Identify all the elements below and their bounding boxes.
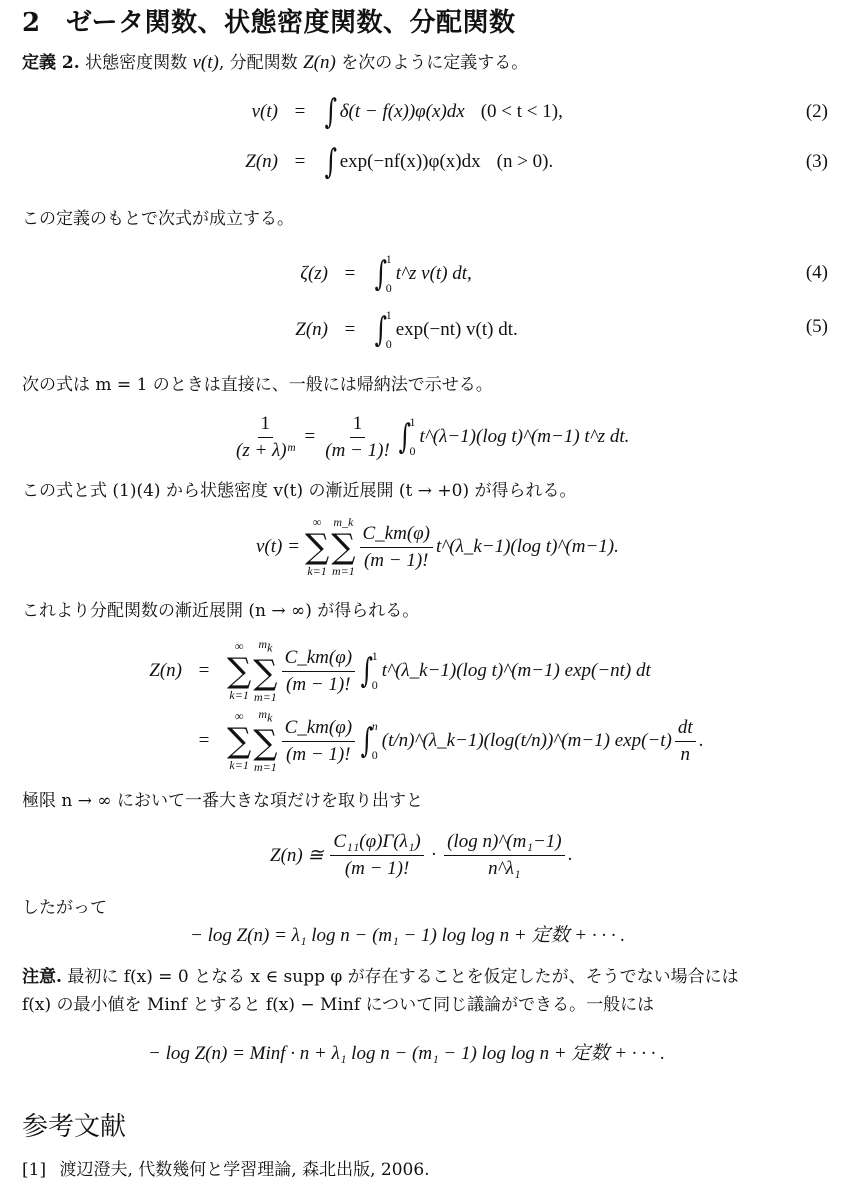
summation: mk∑m=1	[253, 707, 277, 774]
eq-integrand: exp(−nt) v(t) dt.	[396, 319, 518, 341]
numerator: C₁₁(φ)Γ(λ₁)	[330, 831, 423, 856]
fraction: 1(m − 1)!	[322, 413, 393, 462]
remark-label: 注意.	[22, 967, 62, 987]
integral-sign: ∫	[375, 257, 387, 291]
fraction: C_km(φ)(m − 1)!	[282, 717, 356, 766]
summation: m_k∑m=1	[331, 515, 355, 579]
numerator: C_km(φ)	[360, 523, 434, 548]
eq-relation: =	[182, 660, 226, 682]
denominator: (z + λ)ᵐ	[233, 438, 298, 462]
numerator: 1	[350, 413, 366, 438]
summation: ∞∑k=1	[305, 515, 329, 579]
reference-key: [1]	[22, 1160, 46, 1180]
section-number: 2	[22, 8, 66, 38]
sum-lower: m=1	[332, 564, 355, 579]
eq-relation: =	[182, 730, 226, 752]
sum-lower: k=1	[307, 564, 326, 579]
numerator: dt	[675, 717, 696, 742]
Z-expansion-line-1: Z(n) = ∞∑k=1 mk∑m=1 C_km(φ)(m − 1)! ∫ 10…	[120, 632, 651, 710]
paragraph: この式と式 (1)(4) から状態密度 v(t) の漸近展開 (t → +0) …	[22, 476, 577, 501]
denominator: (m − 1)!	[322, 438, 393, 462]
equation-5: Z(n) = ∫ 10 exp(−nt) v(t) dt.	[250, 300, 810, 360]
eq-lhs: v(t)	[200, 101, 278, 123]
integral-sign: ∫	[398, 420, 410, 454]
eq-integrand: (t/n)^(λ_k−1)(log(t/n))^(m−1) exp(−t)	[382, 730, 672, 752]
v-expansion-formula: v(t) = ∞∑k=1 m_k∑m=1 C_km(φ)(m − 1)! t^(…	[256, 508, 619, 586]
references-heading: 参考文献	[22, 1106, 126, 1143]
summation: mk∑m=1	[253, 637, 277, 704]
section-title: ゼータ関数、状態密度関数、分配関数	[66, 8, 515, 38]
integral-sign: ∫	[361, 654, 373, 688]
remark-line-2: f(x) の最小値を Minf とすると f(x) − Minf について同じ議…	[22, 990, 654, 1015]
equation-number: (4)	[806, 262, 828, 284]
definition-label: 定義 2.	[22, 53, 80, 73]
fraction: (log n)^(m₁−1)n^λ₁	[444, 831, 565, 880]
eq-integrand: t^z v(t) dt,	[396, 263, 472, 285]
math-v-t: v(t)	[192, 52, 218, 73]
definition-statement: 定義 2. 状態密度関数 v(t), 分配関数 Z(n) を次のように定義する。	[22, 48, 528, 74]
fraction: dtn	[675, 717, 696, 766]
eq-integrand: exp(−nf(x))φ(x)dx	[340, 151, 481, 173]
equation-number: (5)	[806, 316, 828, 338]
neglog-formula: − log Z(n) = λ₁ log n − (m₁ − 1) log log…	[190, 920, 625, 947]
dot-operator: ·	[431, 844, 437, 866]
remark-text: 最初に f(x) = 0 となる x ∈ supp φ が存在することを仮定した…	[67, 967, 738, 987]
eq-relation: =	[328, 319, 372, 341]
eq-integrand: t^(λ−1)(log t)^(m−1) t^z dt.	[420, 426, 630, 448]
period: .	[699, 730, 704, 752]
denominator: (m − 1)!	[283, 742, 354, 766]
fraction: 1(z + λ)ᵐ	[233, 413, 298, 462]
paragraph: したがって	[22, 893, 107, 918]
denominator: n	[678, 742, 694, 766]
paragraph: この定義のもとで次式が成立する。	[22, 204, 294, 229]
eq-condition: (n > 0).	[497, 151, 554, 173]
denominator: (m − 1)!	[342, 856, 413, 880]
Z-leading-term-formula: Z(n) ≅ C₁₁(φ)Γ(λ₁)(m − 1)! · (log n)^(m₁…	[270, 820, 572, 890]
equation-number: (3)	[806, 151, 828, 173]
eq-lhs: Z(n)	[120, 660, 182, 682]
Z-expansion-line-2: = ∞∑k=1 mk∑m=1 C_km(φ)(m − 1)! ∫ n0 (t/n…	[120, 702, 703, 780]
eq-relation: =	[328, 263, 372, 285]
equation-4: ζ(z) = ∫ 10 t^z v(t) dt,	[250, 244, 810, 304]
definition-text: , 分配関数	[219, 53, 298, 73]
eq-relation: =	[278, 101, 322, 123]
fraction: C_km(φ)(m − 1)!	[360, 523, 434, 572]
period: .	[568, 844, 573, 866]
eq-relation: =	[305, 426, 316, 448]
eq-lhs: Z(n)	[200, 151, 278, 173]
numerator: C_km(φ)	[282, 717, 356, 742]
eq-lhs: ζ(z)	[250, 263, 328, 285]
fraction: C₁₁(φ)Γ(λ₁)(m − 1)!	[330, 831, 423, 880]
definition-text: を次のように定義する。	[341, 53, 528, 73]
integral-sign: ∫	[375, 313, 387, 347]
eq-integrand: δ(t − f(x))φ(x)dx	[340, 101, 465, 123]
eq-lhs: Z(n) ≅	[270, 844, 323, 867]
eq-integrand: t^(λ_k−1)(log t)^(m−1) exp(−nt) dt	[382, 660, 651, 682]
eq-lhs: Z(n)	[250, 319, 328, 341]
eq-condition: (0 < t < 1),	[481, 101, 563, 123]
fraction: C_km(φ)(m − 1)!	[282, 647, 356, 696]
paragraph: 次の式は m = 1 のときは直接に、一般には帰納法で示せる。	[22, 370, 493, 395]
summation: ∞∑k=1	[227, 709, 251, 773]
equation-3: Z(n) = ∫ exp(−nf(x))φ(x)dx (n > 0).	[200, 140, 820, 184]
equation-number: (2)	[806, 101, 828, 123]
induction-formula: 1(z + λ)ᵐ = 1(m − 1)! ∫ 10 t^(λ−1)(log t…	[230, 402, 629, 472]
eq-tail: t^(λ_k−1)(log t)^(m−1).	[436, 536, 619, 558]
summation: ∞∑k=1	[227, 639, 251, 703]
integral-sign: ∫	[325, 95, 337, 129]
denominator: n^λ₁	[485, 856, 523, 880]
denominator: (m − 1)!	[361, 548, 432, 572]
reference-item: [1] 渡辺澄夫, 代数幾何と学習理論, 森北出版, 2006.	[22, 1155, 430, 1180]
eq-lhs: v(t) =	[256, 536, 300, 558]
section-heading: 2ゼータ関数、状態密度関数、分配関数	[22, 2, 515, 39]
numerator: C_km(φ)	[282, 647, 356, 672]
numerator: 1	[258, 413, 274, 438]
paragraph: これより分配関数の漸近展開 (n → ∞) が得られる。	[22, 596, 419, 621]
integral-sign: ∫	[361, 724, 373, 758]
remark-line-1: 注意. 最初に f(x) = 0 となる x ∈ supp φ が存在することを…	[22, 962, 739, 987]
remark-formula: − log Z(n) = Minf · n + λ₁ log n − (m₁ −…	[148, 1038, 665, 1065]
math-Z-n: Z(n)	[303, 52, 336, 73]
denominator: (m − 1)!	[283, 672, 354, 696]
paragraph: 極限 n → ∞ において一番大きな項だけを取り出すと	[22, 786, 423, 811]
numerator: (log n)^(m₁−1)	[444, 831, 565, 856]
reference-text: 渡辺澄夫, 代数幾何と学習理論, 森北出版, 2006.	[60, 1160, 430, 1180]
definition-text: 状態密度関数	[85, 53, 187, 73]
eq-relation: =	[278, 151, 322, 173]
equation-2: v(t) = ∫ δ(t − f(x))φ(x)dx (0 < t < 1),	[200, 90, 820, 134]
integral-sign: ∫	[325, 145, 337, 179]
